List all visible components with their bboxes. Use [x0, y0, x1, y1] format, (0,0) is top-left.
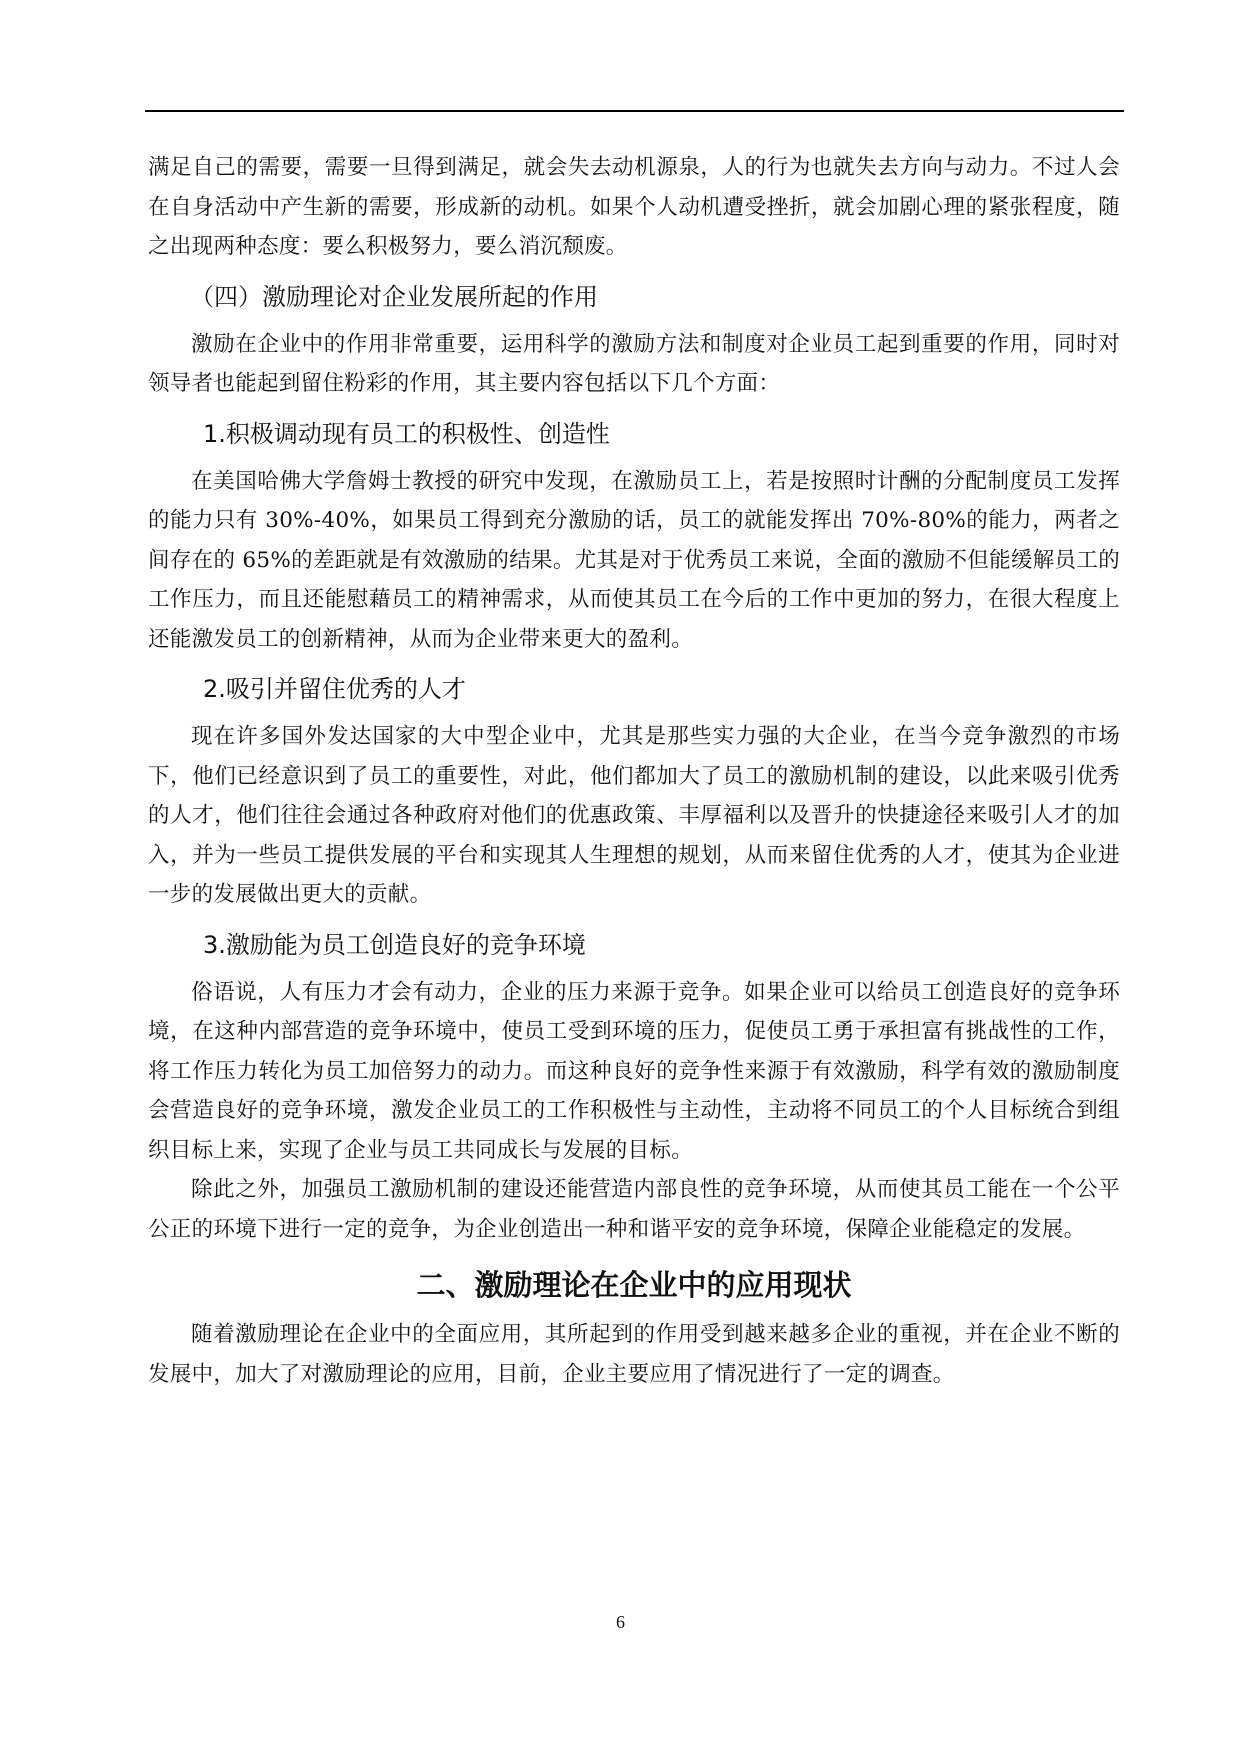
- paragraph-continuation: 满足自己的需要，需要一旦得到满足，就会失去动机源泉，人的行为也就失去方向与动力。…: [148, 148, 1120, 267]
- subheading-3: 3.激励能为员工创造良好的竞争环境: [148, 925, 1120, 965]
- paragraph-intro: 激励在企业中的作用非常重要，运用科学的激励方法和制度对企业员工起到重要的作用，同…: [148, 325, 1120, 404]
- paragraph-attract-talent: 现在许多国外发达国家的大中型企业中，尤其是那些实力强的大企业，在当今竞争激烈的市…: [148, 717, 1120, 915]
- page-number: 6: [0, 1612, 1241, 1633]
- subheading-2: 2.吸引并留住优秀的人才: [148, 669, 1120, 709]
- subheading-1: 1.积极调动现有员工的积极性、创造性: [148, 414, 1120, 454]
- paragraph-competition: 俗语说，人有压力才会有动力，企业的压力来源于竞争。如果企业可以给员工创造良好的竞…: [148, 973, 1120, 1171]
- paragraph-application-status: 随着激励理论在企业中的全面应用，其所起到的作用受到越来越多企业的重视，并在企业不…: [148, 1315, 1120, 1394]
- paragraph-harvard-study: 在美国哈佛大学詹姆士教授的研究中发现，在激励员工上，若是按照时计酬的分配制度员工…: [148, 462, 1120, 660]
- chapter-heading-2: 二、激励理论在企业中的应用现状: [148, 1263, 1120, 1307]
- header-rule: [145, 110, 1124, 112]
- page-content: 满足自己的需要，需要一旦得到满足，就会失去动机源泉，人的行为也就失去方向与动力。…: [148, 148, 1120, 1394]
- paragraph-additional: 除此之外，加强员工激励机制的建设还能营造内部良性的竞争环境，从而使其员工能在一个…: [148, 1170, 1120, 1249]
- section-heading-4: （四）激励理论对企业发展所起的作用: [148, 277, 1120, 317]
